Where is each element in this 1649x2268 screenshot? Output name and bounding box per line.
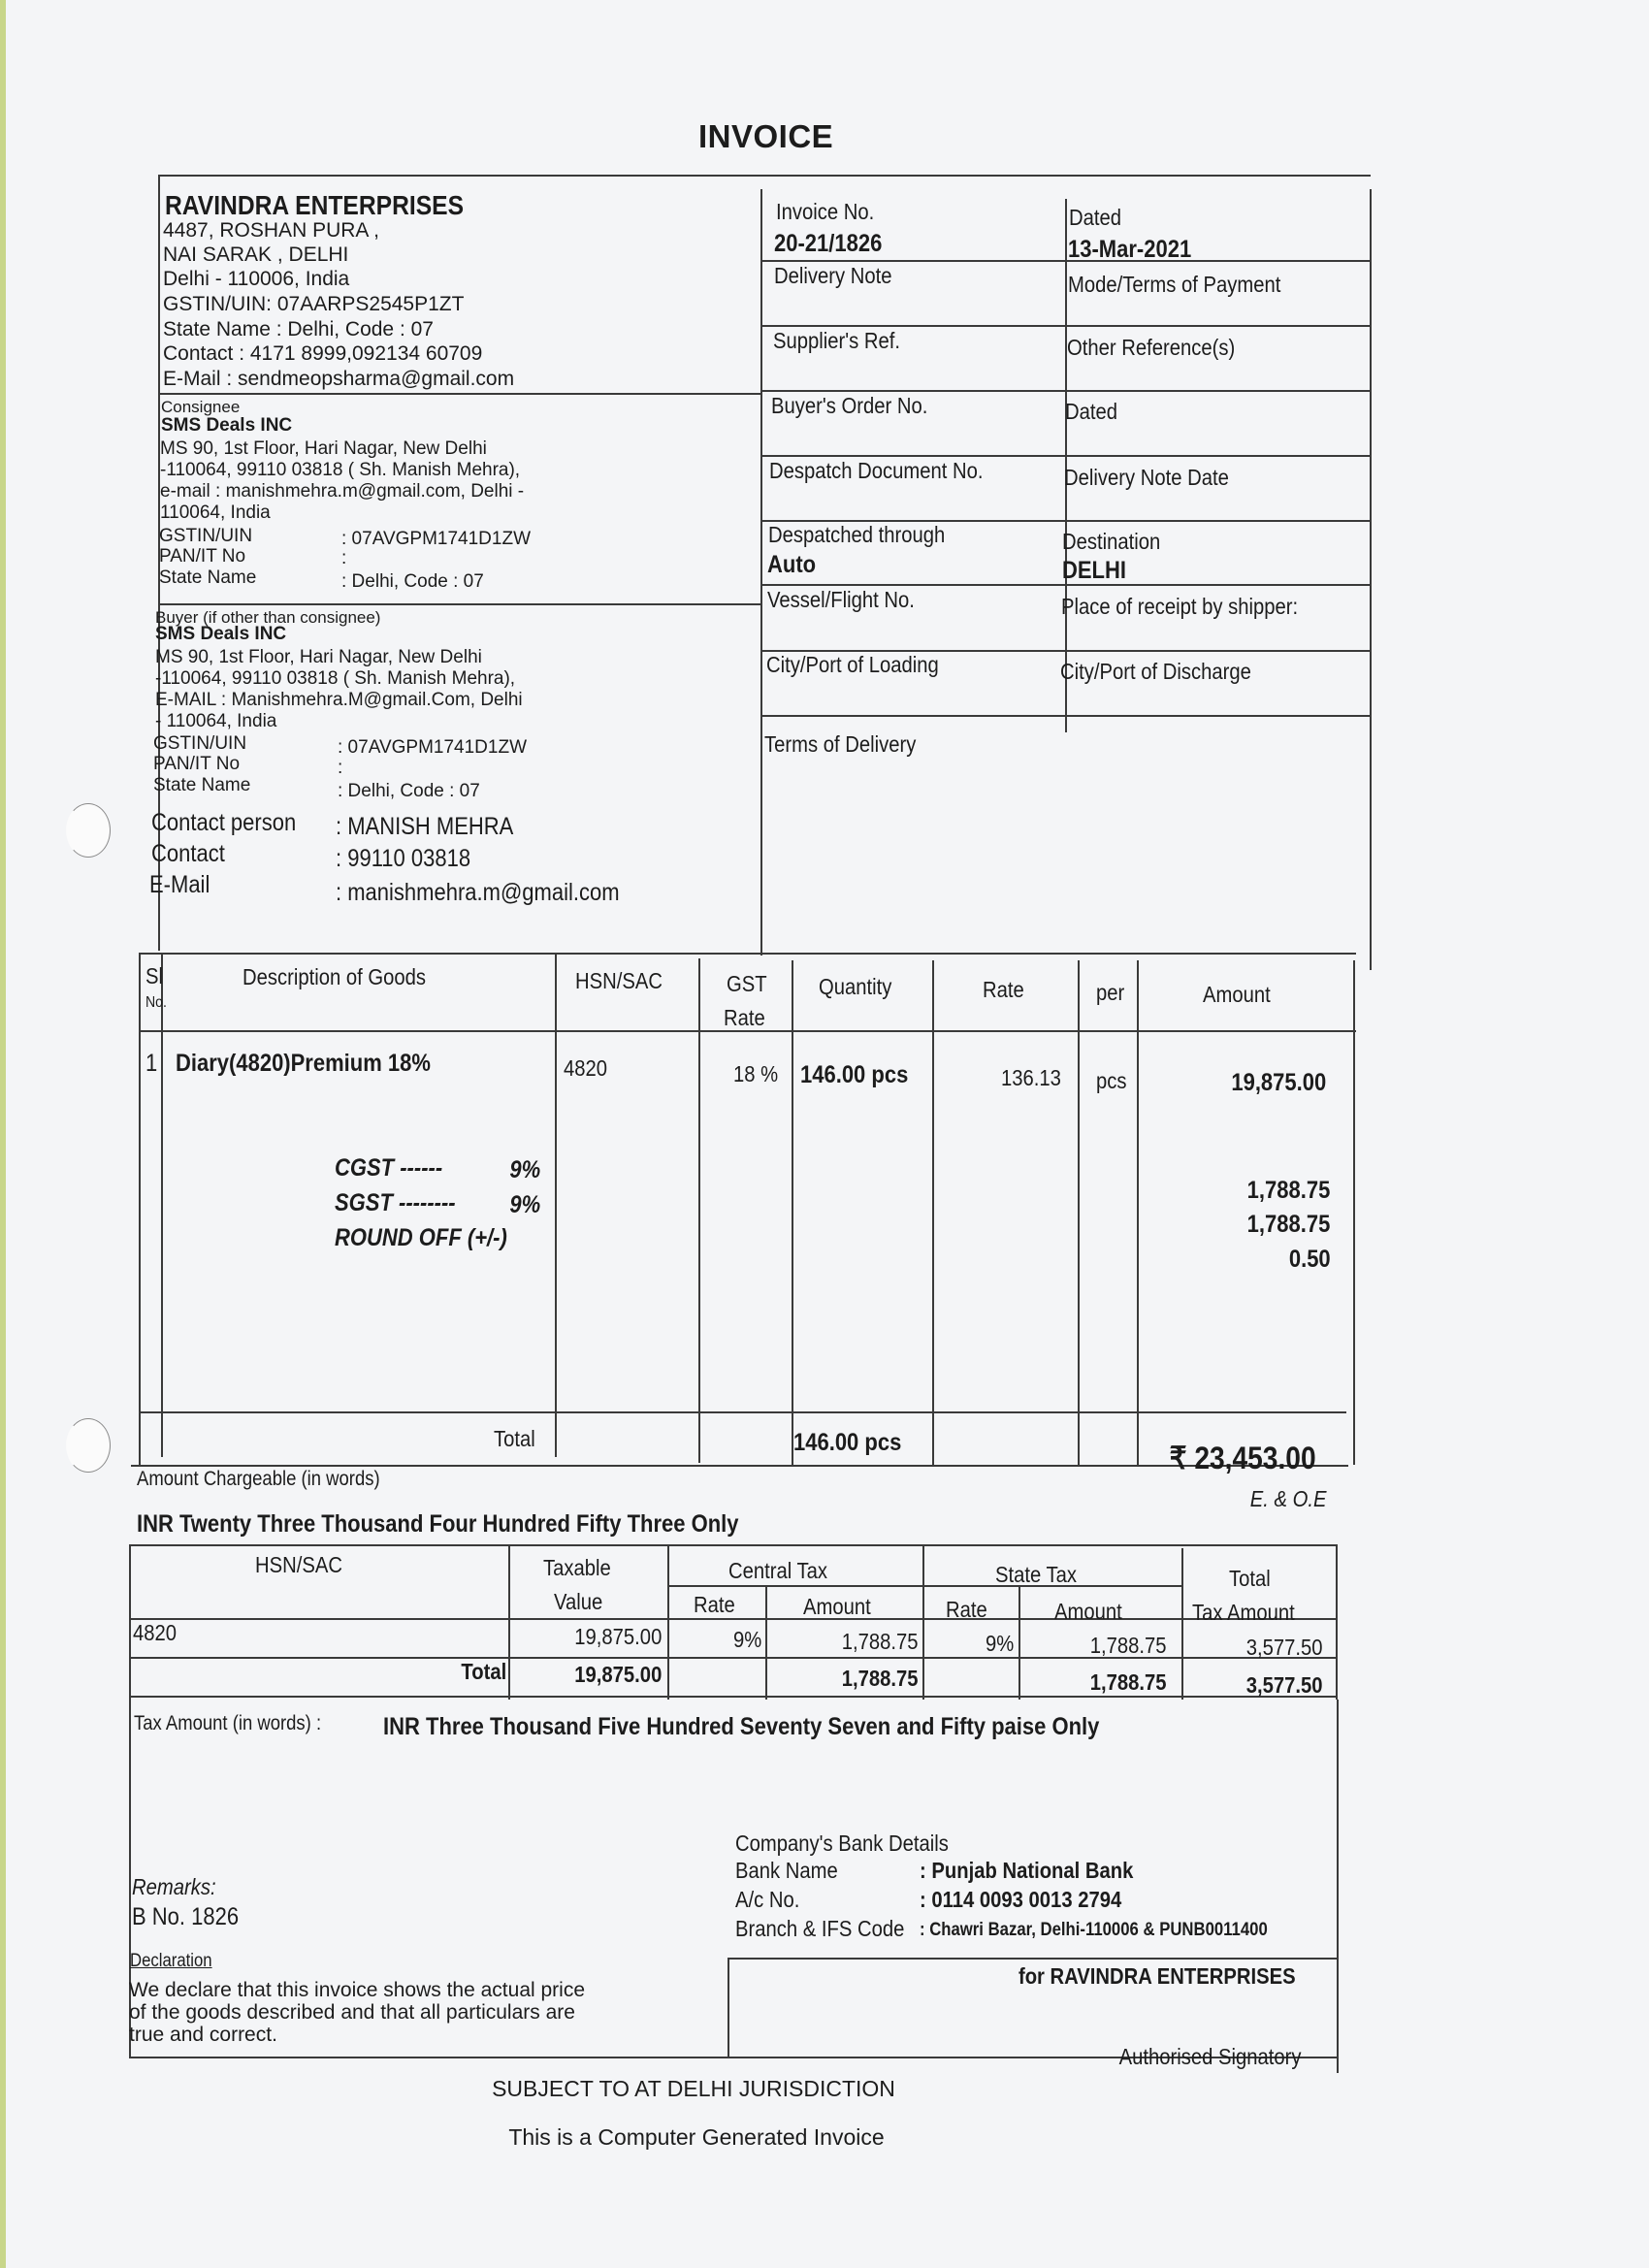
border [760,390,1370,392]
border [727,1958,729,2058]
border [508,1544,510,1700]
computer-generated-note: This is a Computer Generated Invoice [0,2124,1393,2151]
consignee-name: SMS Deals INC [161,415,292,437]
col-sl-no: No. [145,994,167,1012]
tax-row-c-rate: 9% [733,1627,761,1653]
col-gst: GST [727,971,767,997]
invoice-no: 20-21/1826 [774,230,882,258]
terms-of-delivery-label: Terms of Delivery [764,731,916,758]
tax-row-taxable: 19,875.00 [574,1624,662,1650]
border [1370,189,1372,970]
tax-col-taxable: Taxable [543,1555,611,1581]
col-sl: Sl [145,963,163,989]
destination-label: Destination [1062,529,1160,555]
for-company: for RAVINDRA ENTERPRISES [1018,1963,1296,1990]
delivery-note-date-label: Delivery Note Date [1064,465,1229,491]
invoice-no-label: Invoice No. [776,199,874,225]
tax-col-hsn: HSN/SAC [255,1552,342,1578]
col-amount: Amount [1203,982,1271,1008]
grand-total: ₹ 23,453.00 [1170,1440,1316,1476]
tax-words-label: Tax Amount (in words) : [134,1712,321,1735]
other-references-label: Other Reference(s) [1067,335,1235,361]
seller-state: State Name : Delhi, Code : 07 [163,318,434,341]
tax-total-c-amount: 1,788.75 [842,1666,919,1692]
consignee-label: Consignee [161,398,240,417]
declaration-label: Declaration [130,1951,212,1972]
eoe-note: E. & O.E [1249,1486,1326,1512]
border [760,325,1370,327]
buyer-field-label: GSTIN/UIN [153,733,246,755]
border [760,455,1370,457]
buyer-field-value: : Delhi, Code : 07 [338,781,480,802]
border [139,953,141,1467]
border [760,260,1370,262]
border [139,953,1356,955]
cgst-label: CGST ------ [335,1154,442,1183]
punch-hole [66,803,111,858]
col-quantity: Quantity [819,974,891,1000]
buyer-field-value: : [338,758,342,779]
buyer-field-label: PAN/IT No [153,754,240,775]
buyer-contact-email[interactable]: : manishmehra.m@gmail.com [336,879,620,907]
total-label: Total [494,1426,535,1452]
tax-row-s-amount: 1,788.75 [1090,1633,1167,1659]
buyer-name: SMS Deals INC [155,624,286,645]
tax-col-c-rate: Rate [694,1592,735,1618]
border [555,953,557,1457]
col-gst-rate: Rate [724,1005,765,1031]
punch-hole [66,1418,111,1473]
port-discharge-label: City/Port of Discharge [1060,659,1251,685]
bank-field-label: A/c No. [735,1887,799,1913]
buyer-address-line: - 110064, India [155,711,276,732]
seller-name: RAVINDRA ENTERPRISES [165,190,464,221]
round-off-label: ROUND OFF (+/-) [335,1224,507,1252]
border [158,175,1371,177]
row-per: pcs [1096,1068,1127,1094]
destination: DELHI [1062,557,1126,585]
seller-address-line: NAI SARAK , DELHI [163,243,348,267]
border [698,958,700,1463]
tax-col-total-amount: Tax Amount [1192,1600,1295,1626]
seller-address-line: Delhi - 110006, India [163,268,349,291]
row-rate: 136.13 [1001,1065,1061,1091]
cgst-pct: 9% [509,1156,540,1184]
total-quantity: 146.00 pcs [793,1429,901,1457]
jurisdiction-note: SUBJECT TO AT DELHI JURISDICTION [0,2076,1387,2102]
sgst-amount: 1,788.75 [1246,1211,1330,1239]
border [1353,960,1355,1465]
buyer-address-line: -110064, 99110 03818 ( Sh. Manish Mehra)… [155,668,515,690]
border [161,953,163,1457]
consignee-field-label: PAN/IT No [159,546,245,567]
seller-address-line: 4487, ROSHAN PURA , [163,219,379,243]
buyers-order-label: Buyer's Order No. [771,393,927,419]
border [1181,1548,1183,1700]
bank-name: : Punjab National Bank [920,1858,1133,1884]
tax-col-state: State Tax [995,1562,1077,1588]
border [131,1465,1348,1467]
border [1078,960,1080,1465]
scan-edge [0,0,6,2268]
bank-heading: Company's Bank Details [735,1831,949,1857]
buyer-address-line: E-MAIL : Manishmehra.M@gmail.Com, Delhi [155,690,523,711]
payment-terms-label: Mode/Terms of Payment [1068,272,1280,298]
border [1336,1544,1338,1700]
consignee-field-label: GSTIN/UIN [159,526,252,547]
buyer-contact-label: E-Mail [149,871,210,899]
consignee-address-line: -110064, 99110 03818 ( Sh. Manish Mehra)… [160,460,520,481]
buyer-address-line: MS 90, 1st Floor, Hari Nagar, New Delhi [155,647,482,668]
border [129,1618,1337,1620]
buyer-contact-phone: : 99110 03818 [336,845,470,873]
bank-account-no: : 0114 0093 0013 2794 [920,1887,1121,1913]
tax-row-s-rate: 9% [986,1631,1014,1657]
bank-field-label: Branch & IFS Code [735,1916,904,1942]
border [1018,1587,1020,1700]
row-hsn: 4820 [564,1055,607,1082]
col-hsn: HSN/SAC [575,968,663,994]
consignee-address-line: 110064, India [160,502,271,524]
consignee-field-value: : 07AVGPM1741D1ZW [341,529,531,550]
row-description: Diary(4820)Premium 18% [176,1050,431,1078]
dated-label: Dated [1069,205,1121,231]
tax-total-s-amount: 1,788.75 [1090,1669,1167,1696]
border [932,960,934,1465]
row-sl: 1 [145,1050,157,1078]
delivery-note-label: Delivery Note [774,263,891,289]
declaration-line: of the goods described and that all part… [129,2001,575,2025]
sgst-label: SGST -------- [335,1189,456,1217]
border [760,189,762,956]
border [1137,960,1139,1465]
remarks-label: Remarks: [132,1874,216,1900]
tax-row-c-amount: 1,788.75 [842,1629,919,1655]
sgst-pct: 9% [509,1191,540,1219]
border [158,603,761,605]
round-off-amount: 0.50 [1289,1246,1331,1274]
despatched-through-label: Despatched through [768,522,945,548]
remarks-value: B No. 1826 [132,1903,239,1931]
declaration-line: We declare that this invoice shows the a… [129,1979,585,2002]
border [667,1585,1183,1587]
border [1337,1700,1339,2073]
border [129,1544,1337,1546]
amount-words-value: INR Twenty Three Thousand Four Hundred F… [137,1510,739,1539]
seller-contact: Contact : 4171 8999,092134 60709 [163,342,482,366]
consignee-field-value: : Delhi, Code : 07 [341,571,484,593]
consignee-field-value: : [341,548,346,569]
tax-col-total: Total [1229,1566,1271,1592]
consignee-address-line: e-mail : manishmehra.m@gmail.com, Delhi … [160,481,524,502]
col-rate: Rate [983,977,1024,1003]
tax-col-c-amount: Amount [803,1594,871,1620]
invoice-date: 13-Mar-2021 [1068,236,1191,264]
border [129,1696,1337,1698]
buyer-field-label: State Name [153,775,250,796]
bank-branch-ifsc: : Chawri Bazar, Delhi-110006 & PUNB00114… [920,1920,1268,1941]
authorised-signatory: Authorised Signatory [1119,2044,1302,2070]
col-description: Description of Goods [242,964,426,990]
declaration-line: true and correct. [129,2024,277,2047]
tax-col-value: Value [554,1589,602,1615]
cgst-amount: 1,788.75 [1246,1177,1330,1205]
place-of-receipt-label: Place of receipt by shipper: [1061,594,1298,620]
order-dated-label: Dated [1065,399,1117,425]
border [667,1544,669,1700]
tax-total-label: Total [461,1659,506,1685]
despatched-through: Auto [767,551,816,579]
border [727,1958,1337,1960]
bank-field-label: Bank Name [735,1858,838,1884]
border [765,1585,767,1700]
border [922,1546,924,1700]
consignee-address-line: MS 90, 1st Floor, Hari Nagar, New Delhi [160,438,487,460]
border [158,393,761,395]
tax-words-value: INR Three Thousand Five Hundred Seventy … [383,1713,1099,1741]
buyer-contact-label: Contact person [151,809,296,837]
border [139,1411,1346,1413]
tax-total-total: 3,577.50 [1246,1672,1323,1699]
border [760,715,1370,717]
tax-total-taxable: 19,875.00 [574,1662,662,1688]
row-quantity: 146.00 pcs [800,1061,908,1089]
tax-col-s-rate: Rate [946,1597,987,1623]
consignee-field-label: State Name [159,567,256,589]
row-gst-rate: 18 % [733,1061,778,1087]
tax-col-s-amount: Amount [1054,1599,1122,1625]
row-amount: 19,875.00 [1231,1069,1326,1097]
border [792,960,793,1465]
border [129,1544,131,1700]
tax-col-central: Central Tax [728,1558,827,1584]
seller-gstin: GSTIN/UIN: 07AARPS2545P1ZT [163,293,464,316]
page-title: INVOICE [698,118,833,155]
despatch-doc-label: Despatch Document No. [769,458,984,484]
vessel-flight-label: Vessel/Flight No. [767,587,915,613]
tax-row-total: 3,577.50 [1246,1635,1323,1661]
col-per: per [1096,980,1124,1006]
suppliers-ref-label: Supplier's Ref. [773,328,900,354]
amount-words-label: Amount Chargeable (in words) [137,1468,380,1491]
tax-row-hsn: 4820 [133,1620,177,1646]
port-loading-label: City/Port of Loading [766,652,939,678]
seller-email[interactable]: E-Mail : sendmeopsharma@gmail.com [163,368,514,391]
buyer-contact-label: Contact [151,840,225,868]
buyer-contact-person: : MANISH MEHRA [336,813,513,841]
buyer-field-value: : 07AVGPM1741D1ZW [338,737,527,759]
